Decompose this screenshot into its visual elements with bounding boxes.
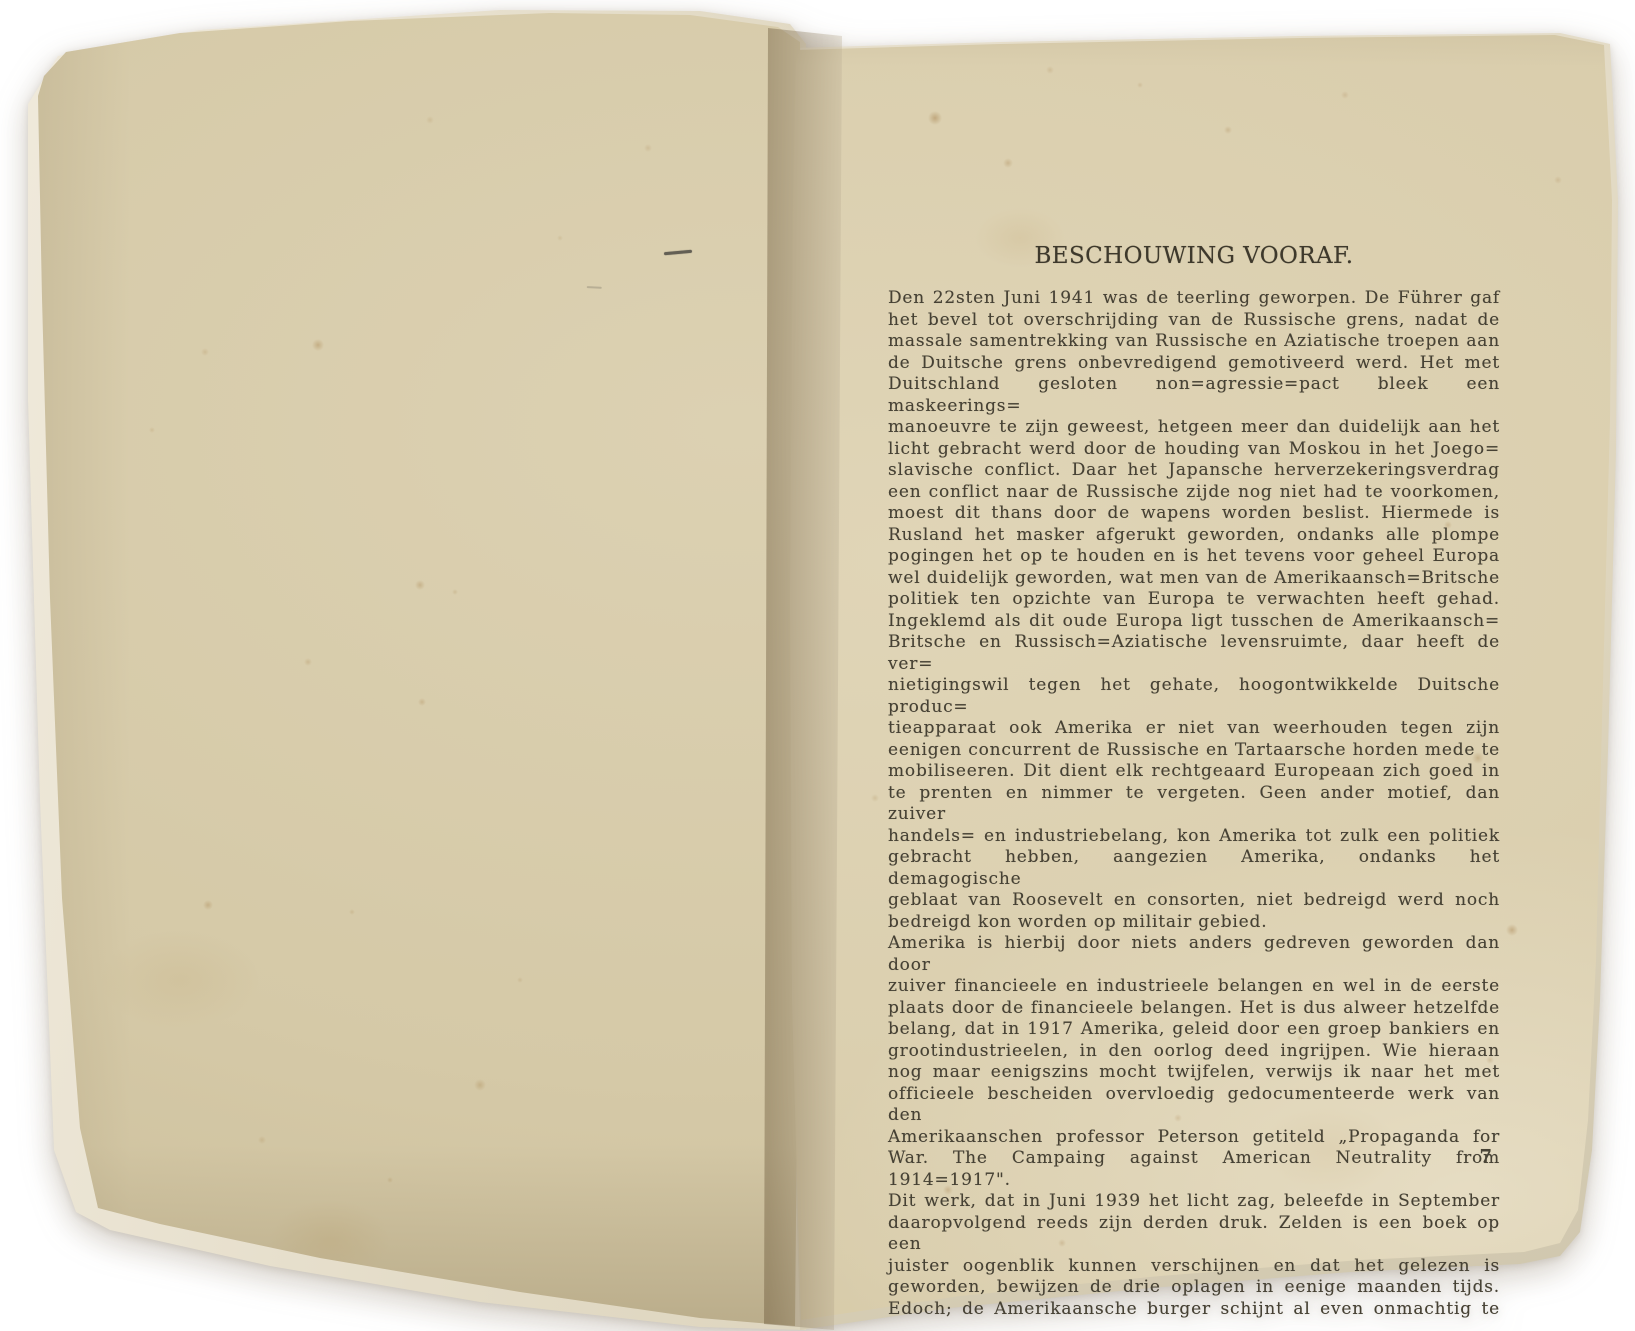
body-line: geworden, bewijzen de drie oplagen in ee… [888, 1277, 1500, 1299]
body-line: zuiver financieele en industrieele belan… [888, 976, 1500, 998]
body-line: grootindustrieelen, in den oorlog deed i… [888, 1041, 1500, 1063]
body-line: massale samentrekking van Russische en A… [888, 331, 1500, 353]
page-number: 7 [888, 1146, 1500, 1167]
body-line: een conflict naar de Russische zijde nog… [888, 482, 1500, 504]
body-line: mobiliseeren. Dit dient elk rechtgeaard … [888, 761, 1500, 783]
body-line: tieapparaat ook Amerika er niet van weer… [888, 718, 1500, 740]
body-line: wel duidelijk geworden, wat men van de A… [888, 568, 1500, 590]
body-line: manoeuvre te zijn geweest, hetgeen meer … [888, 417, 1500, 439]
body-line: te prenten en nimmer te vergeten. Geen a… [888, 783, 1500, 826]
open-book: BESCHOUWING VOORAF. Den 22sten Juni 1941… [0, 0, 1635, 1331]
body-line: Dit werk, dat in Juni 1939 het licht zag… [888, 1191, 1500, 1213]
body-line: officieele bescheiden overvloedig gedocu… [888, 1084, 1500, 1127]
body-line: Rusland het masker afgerukt geworden, on… [888, 525, 1500, 547]
body-line: handels= en industriebelang, kon Amerika… [888, 826, 1500, 848]
body-line: Duitschland gesloten non=agressie=pact b… [888, 374, 1500, 417]
body-line: moest dit thans door de wapens worden be… [888, 503, 1500, 525]
body-line: gebracht hebben, aangezien Amerika, onda… [888, 847, 1500, 890]
body-line: pogingen het op te houden en is het teve… [888, 546, 1500, 568]
body-line: daaropvolgend reeds zijn derden druk. Ze… [888, 1213, 1500, 1256]
body-line: Den 22sten Juni 1941 was de teerling gew… [888, 288, 1500, 310]
body-line: politiek ten opzichte van Europa te verw… [888, 589, 1500, 611]
body-line: Amerikaanschen professor Peterson getite… [888, 1127, 1500, 1149]
body-line: bedreigd kon worden op militair gebied. [888, 912, 1500, 934]
body-line: nietigingswil tegen het gehate, hoogontw… [888, 675, 1500, 718]
body-line: slavische conflict. Daar het Japansche h… [888, 460, 1500, 482]
body-line: geblaat van Roosevelt en consorten, niet… [888, 890, 1500, 912]
body-line: juister oogenblik kunnen verschijnen en … [888, 1256, 1500, 1278]
chapter-heading: BESCHOUWING VOORAF. [888, 243, 1500, 269]
pencil-mark [664, 250, 692, 255]
body-line: plaats door de financieele belangen. Het… [888, 998, 1500, 1020]
body-line: de Duitsche grens onbevredigend gemotive… [888, 353, 1500, 375]
body-line: eenigen concurrent de Russische en Tarta… [888, 740, 1500, 762]
body-line: licht gebracht werd door de houding van … [888, 439, 1500, 461]
body-line: nog maar eenigszins mocht twijfelen, ver… [888, 1062, 1500, 1084]
body-line: Amerika is hierbij door niets anders ged… [888, 933, 1500, 976]
body-line: het bevel tot overschrijding van de Russ… [888, 310, 1500, 332]
book-photo: BESCHOUWING VOORAF. Den 22sten Juni 1941… [0, 0, 1635, 1331]
body-line: Ingeklemd als dit oude Europa ligt tussc… [888, 611, 1500, 633]
body-line: Edoch; de Amerikaansche burger schijnt a… [888, 1299, 1500, 1321]
body-line: belang, dat in 1917 Amerika, geleid door… [888, 1019, 1500, 1041]
body-line: Britsche en Russisch=Aziatische levensru… [888, 632, 1500, 675]
